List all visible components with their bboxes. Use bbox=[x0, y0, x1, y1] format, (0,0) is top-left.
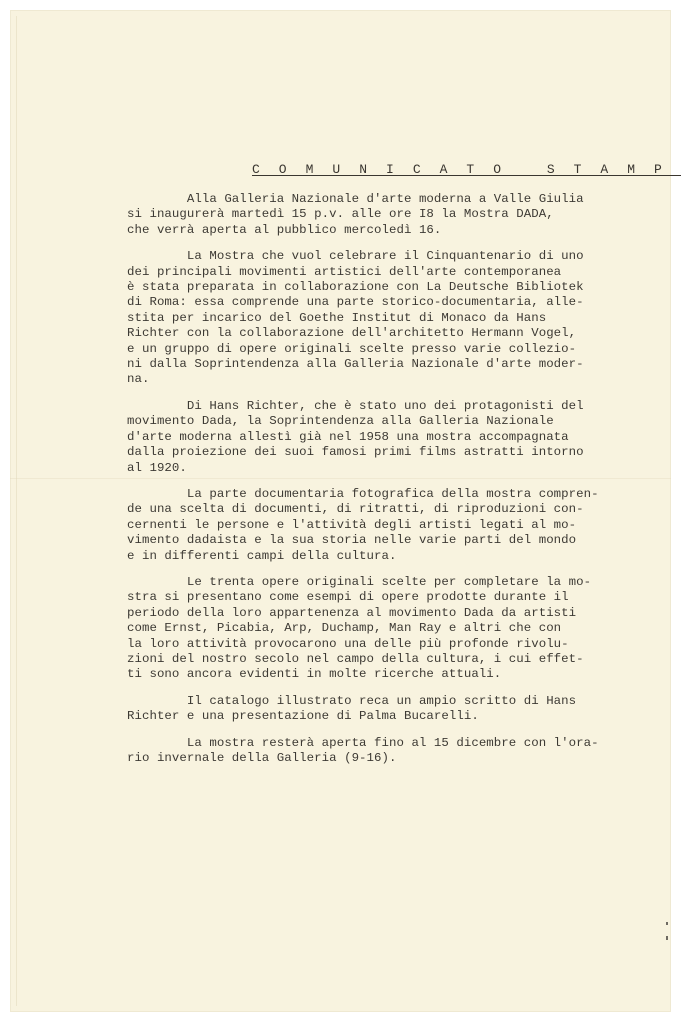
text-line: Di Hans Richter, che è stato uno dei pro… bbox=[127, 399, 647, 414]
text-line: Richter con la collaborazione dell'archi… bbox=[127, 326, 647, 341]
text-line: stra si presentano come esempi di opere … bbox=[127, 590, 647, 605]
text-line: dei principali movimenti artistici dell'… bbox=[127, 265, 647, 280]
text-line: ti sono ancora evidenti in molte ricerch… bbox=[127, 667, 647, 682]
text-line: rio invernale della Galleria (9-16). bbox=[127, 751, 647, 766]
text-line: e in differenti campi della cultura. bbox=[127, 549, 647, 564]
text-line: d'arte moderna allestì già nel 1958 una … bbox=[127, 430, 647, 445]
text-line: si inaugurerà martedì 15 p.v. alle ore I… bbox=[127, 207, 647, 222]
paragraph-original-works: Le trenta opere originali scelte per com… bbox=[127, 575, 647, 683]
text-line: movimento Dada, la Soprintendenza alla G… bbox=[127, 414, 647, 429]
text-line: come Ernst, Picabia, Arp, Duchamp, Man R… bbox=[127, 621, 647, 636]
paragraph-catalogue: Il catalogo illustrato reca un ampio scr… bbox=[127, 694, 647, 725]
typewritten-page: C O M U N I C A T O S T A M P A Alla Gal… bbox=[10, 10, 671, 1012]
text-line: al 1920. bbox=[127, 461, 647, 476]
text-line: la loro attività provocarono una delle p… bbox=[127, 637, 647, 652]
paragraph-hans-richter: Di Hans Richter, che è stato uno dei pro… bbox=[127, 399, 647, 476]
text-line: La parte documentaria fotografica della … bbox=[127, 487, 647, 502]
text-line: Richter e una presentazione di Palma Buc… bbox=[127, 709, 647, 724]
text-line: dalla proiezione dei suoi famosi primi f… bbox=[127, 445, 647, 460]
text-line: di Roma: essa comprende una parte storic… bbox=[127, 295, 647, 310]
text-line: stita per incarico del Goethe Institut d… bbox=[127, 311, 647, 326]
text-line: na. bbox=[127, 372, 647, 387]
text-line: cernenti le persone e l'attività degli a… bbox=[127, 518, 647, 533]
text-line: vimento dadaista e la sua storia nelle v… bbox=[127, 533, 647, 548]
text-line: La mostra resterà aperta fino al 15 dice… bbox=[127, 736, 647, 751]
text-line: periodo della loro appartenenza al movim… bbox=[127, 606, 647, 621]
margin-mark bbox=[666, 922, 668, 925]
text-line: è stata preparata in collaborazione con … bbox=[127, 280, 647, 295]
text-line: de una scelta di documenti, di ritratti,… bbox=[127, 502, 647, 517]
text-line: La Mostra che vuol celebrare il Cinquant… bbox=[127, 249, 647, 264]
text-line: che verrà aperta al pubblico mercoledì 1… bbox=[127, 223, 647, 238]
paragraph-opening-announcement: Alla Galleria Nazionale d'arte moderna a… bbox=[127, 192, 647, 238]
paragraph-documentary-section: La parte documentaria fotografica della … bbox=[127, 487, 647, 564]
paragraph-exhibition-description: La Mostra che vuol celebrare il Cinquant… bbox=[127, 249, 647, 388]
text-line: Le trenta opere originali scelte per com… bbox=[127, 575, 647, 590]
text-line: zioni del nostro secolo nel campo della … bbox=[127, 652, 647, 667]
margin-mark bbox=[666, 936, 668, 940]
press-release-body: Alla Galleria Nazionale d'arte moderna a… bbox=[127, 192, 647, 777]
text-line: Alla Galleria Nazionale d'arte moderna a… bbox=[127, 192, 647, 207]
text-line: Il catalogo illustrato reca un ampio scr… bbox=[127, 694, 647, 709]
text-line: e un gruppo di opere originali scelte pr… bbox=[127, 342, 647, 357]
text-line: ni dalla Soprintendenza alla Galleria Na… bbox=[127, 357, 647, 372]
paragraph-closing-dates: La mostra resterà aperta fino al 15 dice… bbox=[127, 736, 647, 767]
document-title: C O M U N I C A T O S T A M P A bbox=[252, 162, 681, 177]
